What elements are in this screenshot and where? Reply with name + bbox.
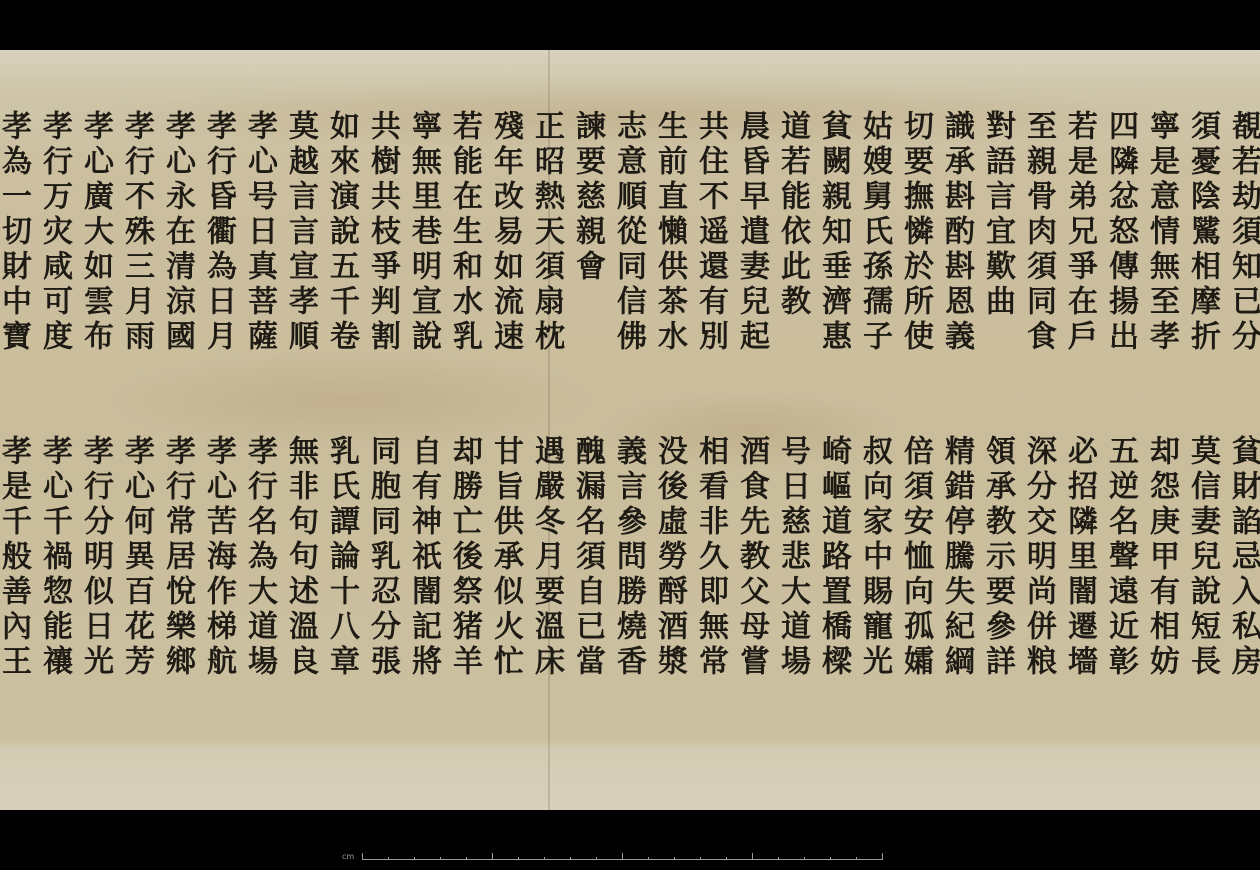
text-column: 孝心永在清涼國: [160, 110, 194, 440]
text-column: 孝是千般善內王: [0, 435, 30, 755]
text-column: 倍須安恤向孤孀: [898, 435, 932, 755]
text-column: 孝心廣大如雲布: [78, 110, 112, 440]
text-column: 姑嫂舅氏孫孺子: [857, 110, 891, 440]
text-column: 孝為一切財中寶: [0, 110, 30, 440]
text-column: 孝行不殊三月雨: [119, 110, 153, 440]
text-column: 深分交明尚併粮: [1021, 435, 1055, 755]
text-column: 若能在生和水乳: [447, 110, 481, 440]
text-column: 却怨庚甲有相妨: [1144, 435, 1178, 755]
text-column: 寧無里巷明宣說: [406, 110, 440, 440]
scale-tick: [570, 857, 571, 860]
text-column: 相看非久即無常: [693, 435, 727, 755]
text-column: 貧財諂忌入私房: [1226, 435, 1260, 755]
text-column: 義言參問勝燒香: [611, 435, 645, 755]
text-column: 識承斟酌斟恩義: [939, 110, 973, 440]
scale-tick: [622, 853, 623, 860]
text-column: 莫越言言宣孝順: [283, 110, 317, 440]
scale-tick: [492, 853, 493, 860]
text-column: 貧闕親知垂濟惠: [816, 110, 850, 440]
text-column: 切要撫憐於所使: [898, 110, 932, 440]
text-column: 孝心号日真菩薩: [242, 110, 276, 440]
text-column: 没後虛勞酹酒漿: [652, 435, 686, 755]
text-column: 殘年改易如流速: [488, 110, 522, 440]
text-column: 孝行昏衢為日月: [201, 110, 235, 440]
text-column: 同胞同乳忍分張: [365, 435, 399, 755]
text-column: 遇嚴冬月要溫床: [529, 435, 563, 755]
text-column: 共住不遥還有別: [693, 110, 727, 440]
text-column: 至親骨肉須同食: [1021, 110, 1055, 440]
scale-tick: [700, 857, 701, 860]
text-column: 若是弟兄爭在戶: [1062, 110, 1096, 440]
scale-tick: [882, 853, 883, 860]
scale-tick: [674, 857, 675, 860]
scale-tick: [752, 853, 753, 860]
text-column: 孝行常居悅樂鄉: [160, 435, 194, 755]
scale-tick: [544, 857, 545, 860]
text-column: 生前直懶供茶水: [652, 110, 686, 440]
text-column: 孝心苦海作梯航: [201, 435, 235, 755]
text-column: 如來演說五千卷: [324, 110, 358, 440]
scale-tick: [362, 853, 363, 860]
text-column: 四隣忿怒傳揚出: [1103, 110, 1137, 440]
text-column: 酒食先教父母嘗: [734, 435, 768, 755]
text-column: 却勝亡後祭猪羊: [447, 435, 481, 755]
scale-tick: [518, 857, 519, 860]
scale-tick: [596, 857, 597, 860]
scale-tick: [726, 857, 727, 860]
text-column: 領承教示要參詳: [980, 435, 1014, 755]
centimeter-scale-bar: cm: [362, 850, 882, 862]
text-column: 晨昏早遣妻兒起: [734, 110, 768, 440]
text-column: 正昭熱天須扇枕: [529, 110, 563, 440]
lower-register: 貧財諂忌入私房莫信妻兒說短長却怨庚甲有相妨五逆名聲遠近彰必招隣里闇遷墻深分交明尚…: [0, 435, 1260, 755]
upper-register: 覩若劫須知已分須憂陰騭相摩折寧是意情無至孝四隣忿怒傳揚出若是弟兄爭在戶至親骨肉須…: [0, 110, 1260, 440]
text-column: 道若能依此教: [775, 110, 809, 440]
scale-tick: [466, 857, 467, 860]
scale-tick: [440, 857, 441, 860]
scale-tick: [778, 857, 779, 860]
text-column: 必招隣里闇遷墻: [1062, 435, 1096, 755]
text-column: 孝行万灾咸可度: [37, 110, 71, 440]
text-column: 崎嶇道路置橋樑: [816, 435, 850, 755]
scale-tick: [856, 857, 857, 860]
scale-tick: [830, 857, 831, 860]
text-column: 号日慈悲大道場: [775, 435, 809, 755]
text-column: 無非句句述溫良: [283, 435, 317, 755]
text-column: 孝心千禍惣能禳: [37, 435, 71, 755]
scale-tick: [414, 857, 415, 860]
manuscript-sheet: 覩若劫須知已分須憂陰騭相摩折寧是意情無至孝四隣忿怒傳揚出若是弟兄爭在戶至親骨肉須…: [0, 50, 1260, 810]
text-column: 須憂陰騭相摩折: [1185, 110, 1219, 440]
text-column: 共樹共枝爭判割: [365, 110, 399, 440]
scale-tick: [804, 857, 805, 860]
text-column: 志意順從同信佛: [611, 110, 645, 440]
text-column: 叔向家中賜寵光: [857, 435, 891, 755]
text-column: 孝心何異百花芳: [119, 435, 153, 755]
text-column: 甘旨供承似火忙: [488, 435, 522, 755]
text-column: 諫要慈親會: [570, 110, 604, 440]
text-column: 五逆名聲遠近彰: [1103, 435, 1137, 755]
text-column: 自有神祇闇記將: [406, 435, 440, 755]
text-column: 乳氏譚論十八章: [324, 435, 358, 755]
text-column: 對語言宜歎曲: [980, 110, 1014, 440]
text-column: 孝行分明似日光: [78, 435, 112, 755]
text-column: 莫信妻兒說短長: [1185, 435, 1219, 755]
text-column: 寧是意情無至孝: [1144, 110, 1178, 440]
scale-unit-label: cm: [342, 852, 354, 861]
text-column: 覩若劫須知已分: [1226, 110, 1260, 440]
text-column: 孝行名為大道場: [242, 435, 276, 755]
scale-tick: [648, 857, 649, 860]
text-column: 精錯停騰失紀綱: [939, 435, 973, 755]
text-column: 醜漏名須自已當: [570, 435, 604, 755]
scale-tick: [388, 857, 389, 860]
